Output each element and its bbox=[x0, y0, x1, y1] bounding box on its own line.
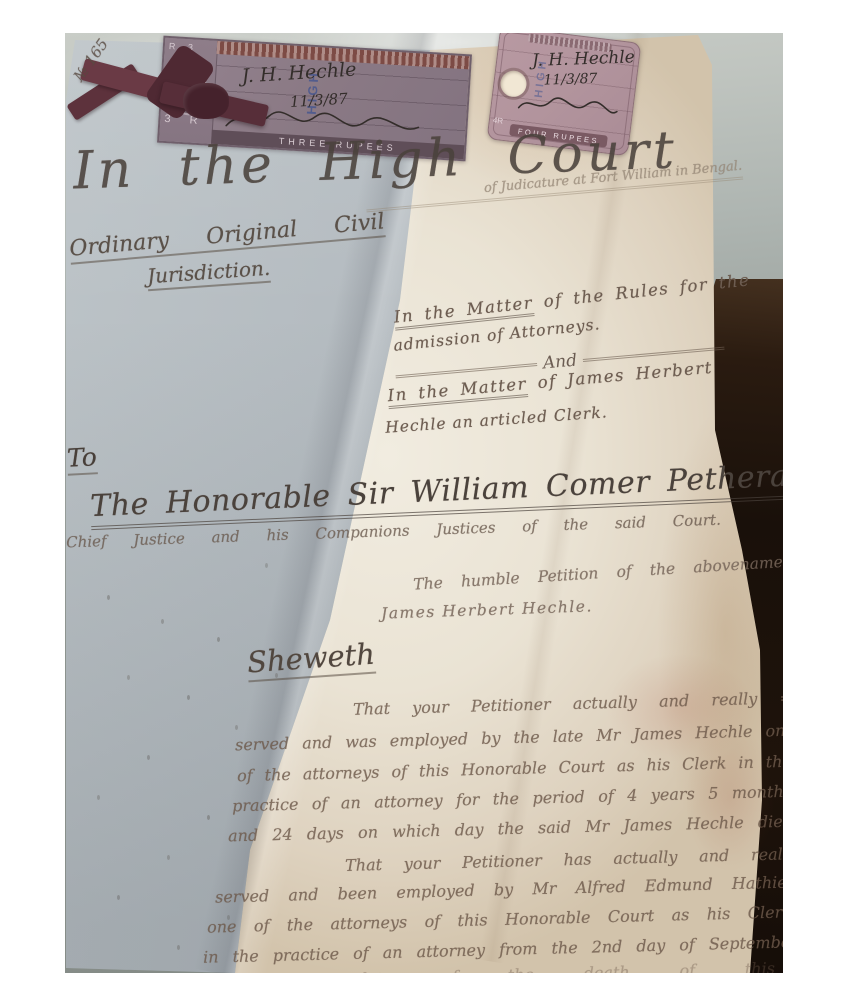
stamp-corner-label: 4R bbox=[492, 116, 503, 126]
ink-bleedthrough-specks bbox=[65, 33, 68, 38]
stamp-handwritten-date: 11/3/87 bbox=[543, 71, 598, 89]
ribbon-knot bbox=[183, 83, 229, 119]
stamp-handwritten-name: J. H. Hechle bbox=[532, 47, 635, 71]
stamp-handwritten-name: J. H. Hechle bbox=[241, 59, 357, 88]
salutation: To bbox=[66, 442, 97, 473]
document-photo: R 3 3 R THREE RUPEES HIGH J. H. Hechle 1… bbox=[65, 33, 783, 973]
salutation-text: To bbox=[66, 442, 97, 476]
